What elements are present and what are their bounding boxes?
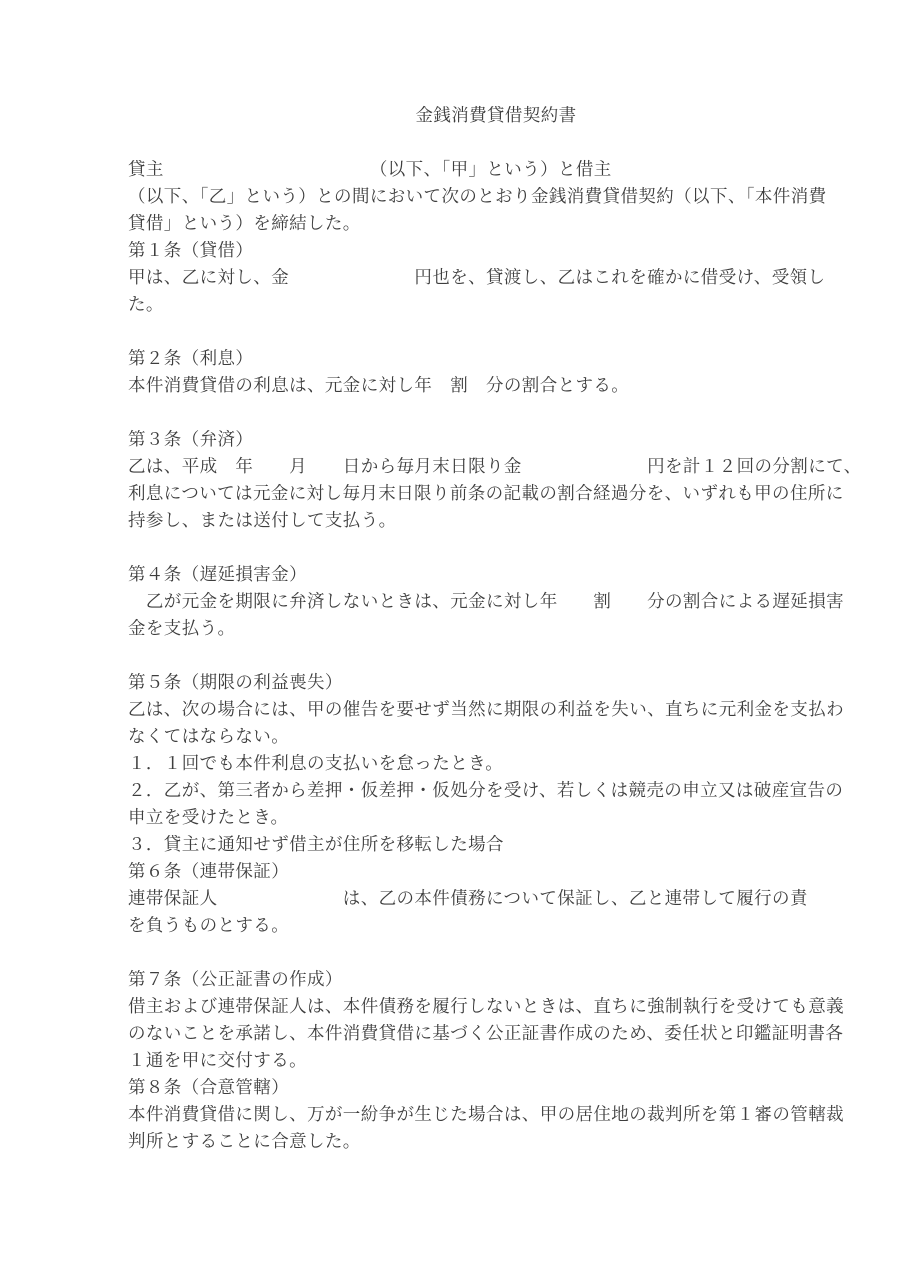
contract-line: た。 — [128, 292, 845, 319]
blank-line — [128, 400, 845, 427]
contract-line: 貸借」という）を締結した。 — [128, 211, 845, 238]
contract-line: 判所とすることに合意した。 — [128, 1129, 845, 1156]
blank-line — [128, 130, 845, 157]
contract-line: 第４条（遅延損害金） — [128, 562, 845, 589]
contract-line: 第３条（弁済） — [128, 427, 845, 454]
contract-line: 乙は、平成 年 月 日から毎月末日限り金 円を計１２回の分割にて、 — [128, 454, 845, 481]
contract-line: なくてはならない。 — [128, 724, 845, 751]
document-page: 金銭消費貸借契約書貸主 （以下、「甲」という）と借主（以下、「乙」という）との間… — [0, 0, 905, 1280]
contract-line: 本件消費貸借に関し、万が一紛争が生じた場合は、甲の居住地の裁判所を第１審の管轄裁 — [128, 1102, 845, 1129]
document-title: 金銭消費貸借契約書 — [156, 103, 836, 130]
contract-line: 乙が元金を期限に弁済しないときは、元金に対し年 割 分の割合による遅延損害 — [128, 589, 845, 616]
contract-line: 第２条（利息） — [128, 346, 845, 373]
contract-text: 金銭消費貸借契約書貸主 （以下、「甲」という）と借主（以下、「乙」という）との間… — [0, 0, 905, 1156]
contract-line: 乙は、次の場合には、甲の催告を要せず当然に期限の利益を失い、直ちに元利金を支払わ — [128, 697, 845, 724]
contract-line: 第１条（貸借） — [128, 238, 845, 265]
contract-line: 本件消費貸借の利息は、元金に対し年 割 分の割合とする。 — [128, 373, 845, 400]
contract-line: １．１回でも本件利息の支払いを怠ったとき。 — [128, 751, 845, 778]
contract-line: 借主および連帯保証人は、本件債務を履行しないときは、直ちに強制執行を受けても意義 — [128, 994, 845, 1021]
contract-line: 第５条（期限の利益喪失） — [128, 670, 845, 697]
blank-line — [128, 319, 845, 346]
contract-line: 貸主 （以下、「甲」という）と借主 — [128, 157, 845, 184]
blank-line — [128, 940, 845, 967]
contract-line: ３．貸主に通知せず借主が住所を移転した場合 — [128, 832, 845, 859]
contract-line: （以下、「乙」という）との間において次のとおり金銭消費貸借契約（以下、「本件消費 — [128, 184, 845, 211]
contract-line: のないことを承諾し、本件消費貸借に基づく公正証書作成のため、委任状と印鑑証明書各 — [128, 1021, 845, 1048]
blank-line — [128, 535, 845, 562]
contract-line: 第７条（公正証書の作成） — [128, 967, 845, 994]
contract-line: 申立を受けたとき。 — [128, 805, 845, 832]
contract-line: を負うものとする。 — [128, 913, 845, 940]
contract-line: 連帯保証人 は、乙の本件債務について保証し、乙と連帯して履行の責 — [128, 886, 845, 913]
contract-line: 利息については元金に対し毎月末日限り前条の記載の割合経過分を、いずれも甲の住所に — [128, 481, 845, 508]
contract-line: 甲は、乙に対し、金 円也を、貸渡し、乙はこれを確かに借受け、受領し — [128, 265, 845, 292]
contract-line: 第６条（連帯保証） — [128, 859, 845, 886]
contract-line: １通を甲に交付する。 — [128, 1048, 845, 1075]
contract-line: 持参し、または送付して支払う。 — [128, 508, 845, 535]
contract-line: 金を支払う。 — [128, 616, 845, 643]
contract-line: ２．乙が、第三者から差押・仮差押・仮処分を受け、若しくは競売の申立又は破産宣告の — [128, 778, 845, 805]
contract-line: 第８条（合意管轄） — [128, 1075, 845, 1102]
blank-line — [128, 643, 845, 670]
